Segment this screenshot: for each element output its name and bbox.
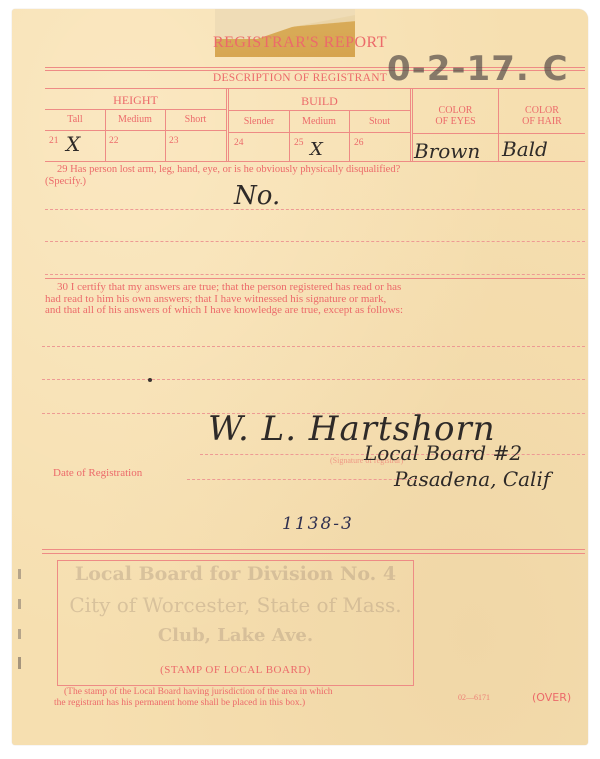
- build-header: BUILD: [229, 94, 410, 109]
- hair-color-value: Bald: [502, 137, 548, 161]
- local-board-stamp-box: Local Board for Division No. 4 City of W…: [57, 560, 414, 686]
- answer-line: [42, 346, 585, 347]
- stamp-note: (The stamp of the Local Board having jur…: [54, 687, 434, 709]
- eye-color-value: Brown: [414, 139, 480, 163]
- question-29: 29 Has person lost arm, leg, hand, eye, …: [45, 164, 590, 188]
- answer-line: [45, 209, 585, 210]
- faded-stamp-line-2: City of Worcester, State of Mass.: [58, 593, 413, 617]
- stamp-box-label: (STAMP OF LOCAL BOARD): [58, 664, 413, 676]
- build-medium-mark: X: [310, 139, 323, 160]
- cell-number: 24: [234, 138, 244, 148]
- divider: [45, 109, 226, 110]
- question-specify: (Specify.): [45, 176, 86, 187]
- divider: [229, 110, 410, 111]
- answer-line: [45, 241, 585, 242]
- question-29-answer: No.: [234, 181, 280, 211]
- hair-header-line2: OF HAIR: [499, 116, 585, 127]
- date-of-registration-label: Date of Registration: [53, 467, 142, 479]
- question-text: Has person lost arm, leg, hand, eye, or …: [70, 164, 400, 175]
- faded-stamp-line-1: Local Board for Division No. 4: [58, 563, 413, 585]
- question-30: 30 I certify that my answers are true; t…: [45, 282, 590, 317]
- registration-number: 1138-3: [282, 514, 354, 534]
- question-number: 29: [57, 164, 68, 175]
- local-board-line-1: Local Board #2: [364, 441, 522, 465]
- divider: [226, 89, 227, 161]
- local-board-line-2: Pasadena, Calif: [394, 467, 550, 491]
- stamp-note-line-1: (The stamp of the Local Board having jur…: [54, 687, 434, 698]
- answer-line: [42, 379, 585, 380]
- divider: [229, 132, 410, 133]
- divider: [45, 88, 585, 89]
- ink-dot: [148, 378, 152, 382]
- cell-number: 22: [109, 136, 119, 146]
- certify-line-1: I certify that my answers are true; that…: [71, 281, 401, 293]
- hair-header: COLOR OF HAIR: [499, 105, 585, 127]
- height-short-label: Short: [165, 114, 226, 125]
- certify-line-2: had read to him his own answers; that I …: [45, 293, 386, 305]
- divider: [45, 130, 226, 131]
- divider: [413, 133, 585, 134]
- divider: [45, 278, 585, 279]
- faded-stamp-line-3: Club, Lake Ave.: [58, 625, 413, 646]
- build-stout-label: Stout: [349, 116, 410, 127]
- height-tall-label: Tall: [45, 114, 105, 125]
- date-line: [187, 479, 417, 480]
- height-tall-mark: X: [66, 132, 80, 156]
- cell-number: 21: [49, 136, 59, 146]
- divider: [410, 89, 411, 161]
- divider: [42, 553, 585, 554]
- stamp-note-line-2: the registrant has his permanent home sh…: [54, 698, 434, 709]
- serial-number-stamp: 0-2-17. C: [387, 49, 569, 89]
- hair-header-line1: COLOR: [499, 105, 585, 116]
- height-header: HEIGHT: [45, 93, 226, 108]
- divider: [42, 549, 585, 550]
- answer-line: [45, 274, 585, 275]
- edge-marks: [18, 569, 21, 669]
- height-medium-label: Medium: [105, 114, 165, 125]
- over-label: (OVER): [532, 691, 571, 704]
- eyes-header-line2: OF EYES: [413, 116, 498, 127]
- certify-line-3: and that all of his answers of which I h…: [45, 304, 403, 316]
- question-number: 30: [57, 281, 68, 293]
- build-slender-label: Slender: [229, 116, 289, 127]
- registration-card: REGISTRAR'S REPORT DESCRIPTION OF REGIST…: [12, 9, 588, 745]
- build-medium-label: Medium: [289, 116, 349, 127]
- cell-number: 25: [294, 138, 304, 148]
- eyes-header: COLOR OF EYES: [413, 105, 498, 127]
- divider: [45, 161, 585, 162]
- cell-number: 26: [354, 138, 364, 148]
- cell-number: 23: [169, 136, 179, 146]
- form-code: 02—6171: [458, 693, 490, 702]
- eyes-header-line1: COLOR: [413, 105, 498, 116]
